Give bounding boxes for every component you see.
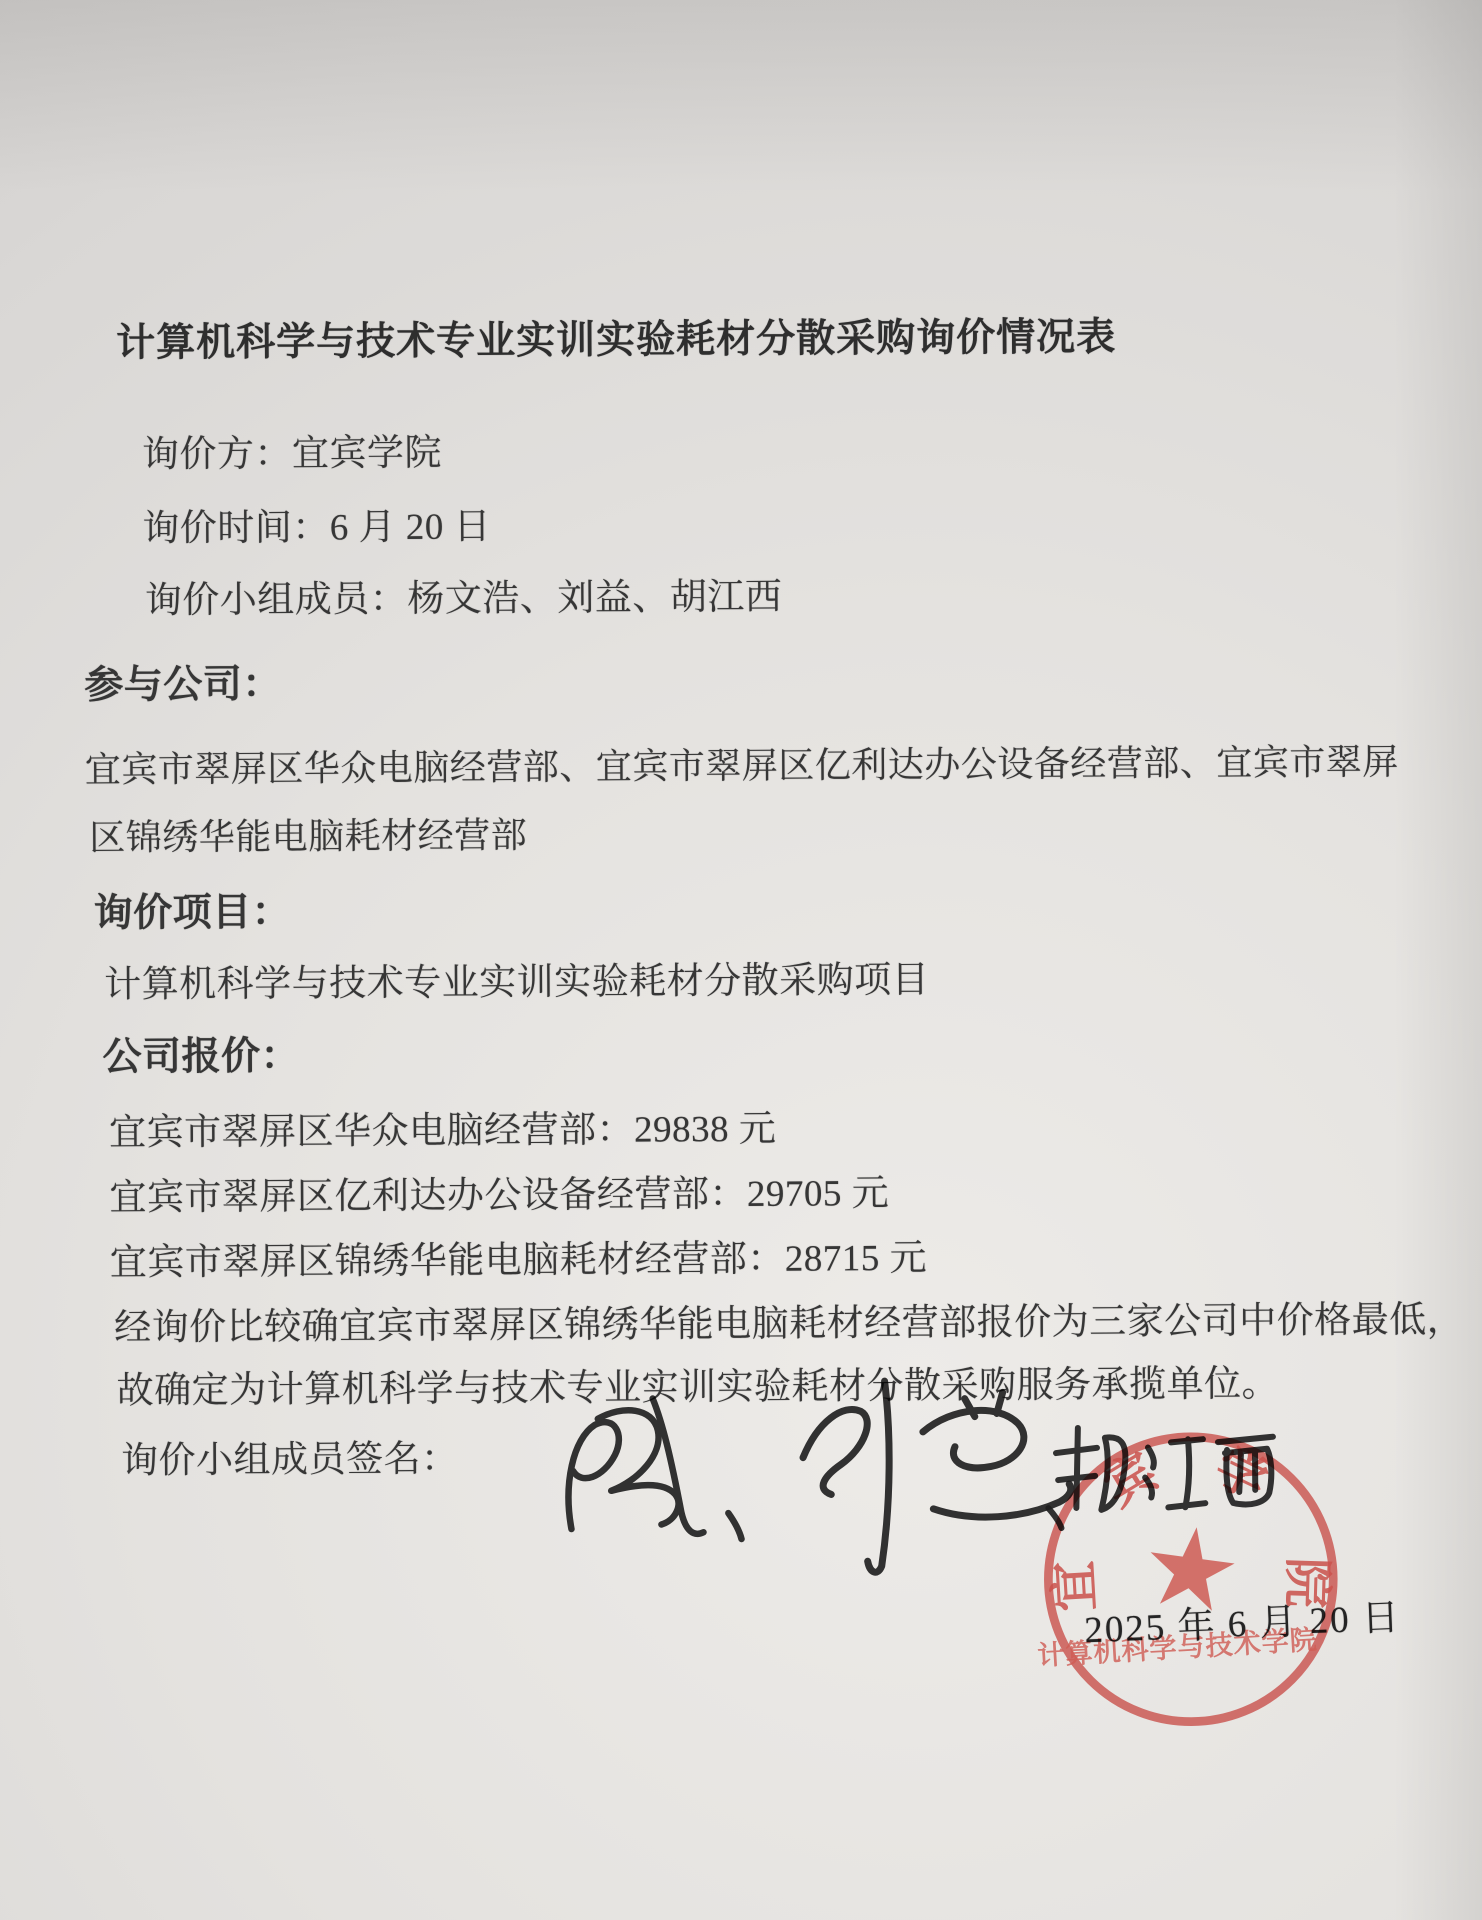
project-name: 计算机科学与技术专业实训实验耗材分散采购项目 [104,949,929,1008]
conclusion-line-1: 经询价比较确宜宾市翠屏区锦绣华能电脑耗材经营部报价为三家公司中价格最低， [114,1289,1464,1351]
inquiry-team-line: 询价小组成员：杨文浩、刘益、胡江西 [145,566,783,624]
signatures-block [502,1354,1323,1594]
participants-line-1: 宜宾市翠屏区华众电脑经营部、宜宾市翠屏区亿利达办公设备经营部、宜宾市翠屏 [85,734,1399,793]
inquirer-line: 询价方：宜宾学院 [142,422,442,478]
participants-heading: 参与公司： [84,653,282,710]
document-title: 计算机科学与技术专业实训实验耗材分散采购询价情况表 [116,306,1116,368]
signature-yang-wenhao [568,1398,742,1540]
signature-hu-jiangxi [1048,1427,1274,1528]
scanned-document: 计算机科学与技术专业实训实验耗材分散采购询价情况表 询价方：宜宾学院 询价时间：… [0,0,1482,1920]
stamp-date: 2025 年 6 月 20 日 [1083,1586,1402,1653]
quotes-heading: 公司报价： [102,1025,300,1082]
project-heading: 询价项目： [94,881,292,938]
inquiry-time-line: 询价时间：6 月 20 日 [142,496,491,552]
signature-label: 询价小组成员签名： [121,1428,459,1484]
quote-jinxiuhuaneng: 宜宾市翠屏区锦绣华能电脑耗材经营部：28715 元 [110,1227,928,1286]
signature-liu-yi [803,1380,1072,1573]
participants-line-2: 区锦绣华能电脑耗材经营部 [89,807,527,861]
quote-huazhong: 宜宾市翠屏区华众电脑经营部：29838 元 [109,1098,777,1156]
quote-yilida: 宜宾市翠屏区亿利达办公设备经营部：29705 元 [109,1162,889,1221]
